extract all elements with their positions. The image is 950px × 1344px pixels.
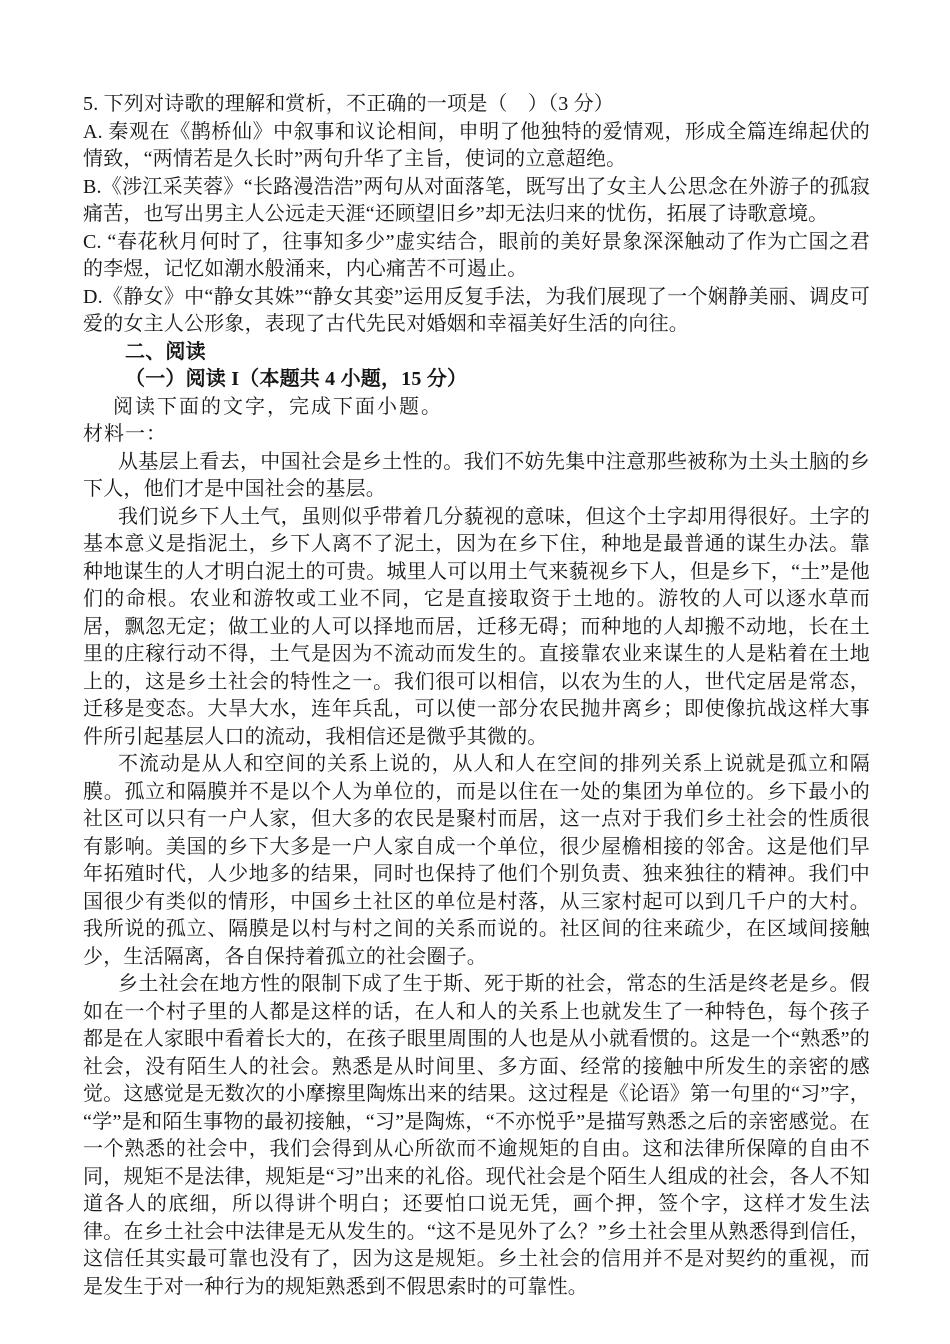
question-5-option-c: C. “春花秋月何时了，往事知多少”虚实结合，眼前的美好景象深深触动了作为亡国之… (83, 229, 870, 284)
material-paragraph-3: 不流动是从人和空间的关系上说的，从人和人在空间的排列关系上说就是孤立和隔膜。孤立… (83, 751, 870, 971)
material-paragraph-1: 从基层上看去，中国社会是乡土性的。我们不妨先集中注意那些被称为土头土脑的乡下人，… (83, 449, 870, 504)
text-column: 5. 下列对诗歌的理解和赏析，不正确的一项是（ ）（3 分） A. 秦观在《鹊桥… (83, 91, 870, 1301)
reading-instruction: 阅读下面的文字，完成下面小题。 (83, 394, 870, 422)
question-5-stem: 5. 下列对诗歌的理解和赏析，不正确的一项是（ ）（3 分） (83, 91, 870, 119)
material-paragraph-2: 我们说乡下人土气，虽则似乎带着几分藐视的意味，但这个土字却用得很好。土字的基本意… (83, 504, 870, 752)
material-one: 材料一： 从基层上看去，中国社会是乡土性的。我们不妨先集中注意那些被称为土头土脑… (83, 421, 870, 1301)
exam-page: 5. 下列对诗歌的理解和赏析，不正确的一项是（ ）（3 分） A. 秦观在《鹊桥… (0, 0, 950, 1344)
material-label: 材料一： (83, 421, 870, 449)
section-title: 二、阅读 (83, 339, 870, 367)
question-5-option-a: A. 秦观在《鹊桥仙》中叙事和议论相间，申明了他独特的爱情观，形成全篇连绵起伏的… (83, 119, 870, 174)
material-paragraph-4: 乡土社会在地方性的限制下成了生于斯、死于斯的社会，常态的生活是终老是乡。假如在一… (83, 971, 870, 1301)
question-5-option-b: B.《涉江采芙蓉》“长路漫浩浩”两句从对面落笔，既写出了女主人公思念在外游子的孤… (83, 174, 870, 229)
section-subtitle: （一）阅读 I（本题共 4 小题，15 分） (83, 366, 870, 394)
question-5-option-d: D.《静女》中“静女其姝”“静女其娈”运用反复手法，为我们展现了一个娴静美丽、调… (83, 284, 870, 339)
question-5-block: 5. 下列对诗歌的理解和赏析，不正确的一项是（ ）（3 分） A. 秦观在《鹊桥… (83, 91, 870, 339)
